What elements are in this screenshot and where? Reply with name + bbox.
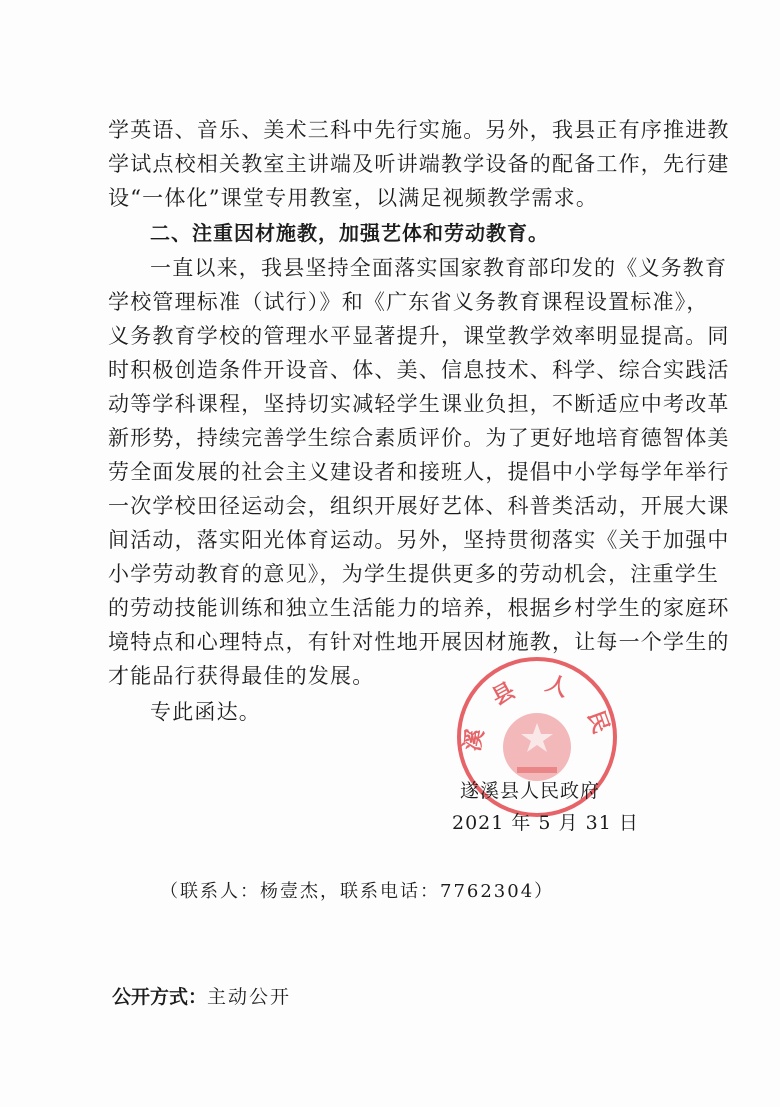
body-line: 间活动，落实阳光体育运动。另外，坚持贯彻落实《关于加强中 xyxy=(108,528,668,552)
disclosure-value: 主动公开 xyxy=(207,986,291,1008)
document-page: 学英语、音乐、美术三科中先行实施。另外，我县正有序推进教 学试点校相关教室主讲端… xyxy=(0,0,780,1107)
disclosure-label: 公开方式： xyxy=(112,986,207,1008)
body-line: 学校管理标准（试行）》和《广东省义务教育课程设置标准》， xyxy=(108,290,668,314)
body-line: 义务教育学校的管理水平显著提升，课堂教学效率明显提高。同 xyxy=(108,324,668,348)
body-line: 劳全面发展的社会主义建设者和接班人，提倡中小学每学年举行 xyxy=(108,460,668,484)
contact-info: （联系人：杨壹杰，联系电话：7762304） xyxy=(160,877,554,903)
signature-organization: 遂溪县人民政府 xyxy=(460,776,600,803)
body-line: 时积极创造条件开设音、体、美、信息技术、科学、综合实践活 xyxy=(108,358,668,382)
closing-line: 专此函达。 xyxy=(150,700,710,724)
body-line: 境特点和心理特点，有针对性地开展因材施教，让每一个学生的 xyxy=(108,630,668,654)
body-line: 动等学科课程，坚持切实减轻学生课业负担，不断适应中考改革 xyxy=(108,392,668,416)
body-line: 一次学校田径运动会，组织开展好艺体、科普类活动，开展大课 xyxy=(108,494,668,518)
body-line: 学试点校相关教室主讲端及听讲端教学设备的配备工作，先行建 xyxy=(108,152,668,176)
body-line: 小学劳动教育的意见》，为学生提供更多的劳动机会，注重学生 xyxy=(108,562,668,586)
body-line: 才能品行获得最佳的发展。 xyxy=(108,664,668,688)
seal-arc-char: 政 xyxy=(455,655,471,661)
body-line: 一直以来，我县坚持全面落实国家教育部印发的《义务教育 xyxy=(150,256,710,280)
disclosure-method: 公开方式：主动公开 xyxy=(112,982,291,1009)
body-line: 设“一体化”课堂专用教室，以满足视频教学需求。 xyxy=(108,186,668,210)
section-heading: 二、注重因材施教，加强艺体和劳动教育。 xyxy=(150,221,710,245)
signature-date: 2021 年 5 月 31 日 xyxy=(452,808,639,835)
body-line: 新形势，持续完善学生综合素质评价。为了更好地培育德智体美 xyxy=(108,426,668,450)
body-line: 学英语、音乐、美术三科中先行实施。另外，我县正有序推进教 xyxy=(108,118,668,142)
body-line: 的劳动技能训练和独立生活能力的培养，根据乡村学生的家庭环 xyxy=(108,596,668,620)
